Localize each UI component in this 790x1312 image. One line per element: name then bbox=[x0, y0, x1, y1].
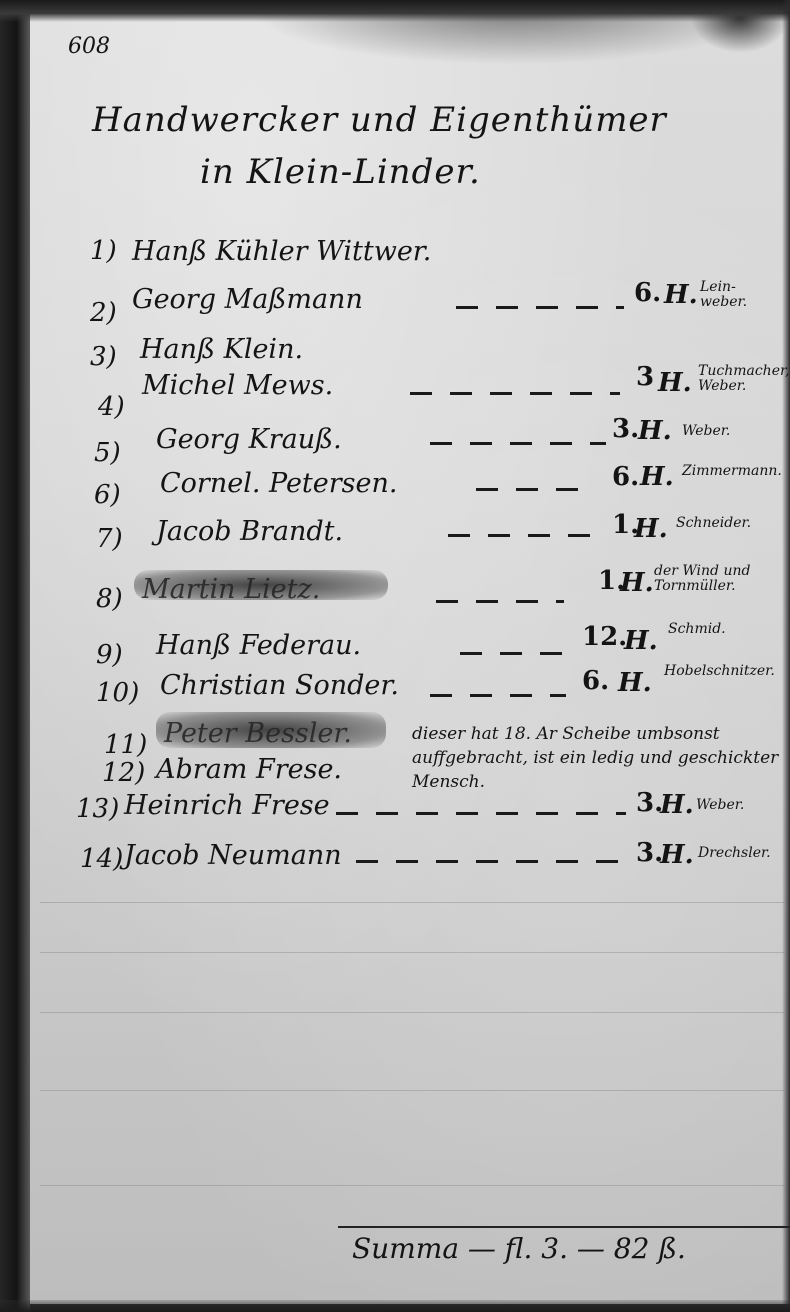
entry-occupation: Schmid. bbox=[668, 622, 768, 637]
fill-dashes bbox=[448, 534, 596, 537]
entry-name: Georg Maßmann bbox=[132, 284, 363, 315]
ruled-line bbox=[40, 1090, 785, 1091]
ruled-line bbox=[40, 902, 785, 903]
fill-dashes bbox=[356, 860, 626, 863]
entry-name: Christian Sonder. bbox=[160, 670, 399, 701]
entry-number: 2) bbox=[90, 298, 117, 328]
entry-number: 6) bbox=[94, 480, 121, 510]
entry-quantity: 3. bbox=[612, 414, 639, 444]
entry-row: 1) Hanß Kühler Wittwer. bbox=[0, 236, 790, 276]
entry-name: Abram Frese. bbox=[156, 754, 342, 785]
entry-number: 14) bbox=[80, 844, 123, 874]
entry-unit: H. bbox=[618, 668, 652, 698]
scan-edge-top bbox=[0, 0, 790, 22]
entry-unit: H. bbox=[624, 626, 658, 656]
entry-number: 13) bbox=[76, 794, 119, 824]
ruled-line bbox=[40, 1012, 785, 1013]
entry-name: Hanß Kühler Wittwer. bbox=[132, 236, 431, 267]
marginal-note: dieser hat 18. Ar Scheibe umbsonst auffg… bbox=[412, 722, 782, 794]
entry-occupation: der Wind und Tornmüller. bbox=[654, 564, 784, 594]
entry-occupation: Zimmermann. bbox=[682, 464, 782, 479]
entry-occupation: Schneider. bbox=[676, 516, 776, 531]
entry-row: 13) Heinrich Frese 3. H. Weber. bbox=[0, 790, 790, 830]
entry-number: 9) bbox=[96, 640, 123, 670]
scan-edge-bottom bbox=[0, 1300, 790, 1312]
strike-through-smudge bbox=[134, 570, 388, 600]
entry-unit: H. bbox=[620, 568, 654, 598]
entry-number: 12) bbox=[102, 758, 145, 788]
manuscript-scan: 608 Handwercker und Eigenthümer in Klein… bbox=[0, 0, 790, 1312]
fill-dashes bbox=[476, 488, 596, 491]
entry-row: 10) Christian Sonder. 6. H. Hobelschnitz… bbox=[0, 672, 790, 712]
summa-rule bbox=[338, 1226, 790, 1228]
entry-name: Hanß Federau. bbox=[156, 630, 361, 661]
entry-row: 5) Georg Krauß. 3. H. Weber. bbox=[0, 420, 790, 460]
title-line-2: in Klein-Linder. bbox=[200, 152, 481, 192]
entry-quantity: 6. bbox=[634, 278, 661, 308]
entry-row: 4) Michel Mews. 3 H. Tuchmacher, Weber. bbox=[0, 370, 790, 410]
entry-row: 6) Cornel. Petersen. 6. H. Zimmermann. bbox=[0, 466, 790, 506]
entry-quantity: 12. bbox=[582, 622, 627, 652]
entry-row: 2) Georg Maßmann 6. H. Lein-weber. bbox=[0, 284, 790, 324]
ruled-line bbox=[40, 1185, 785, 1186]
entry-number: 1) bbox=[90, 236, 117, 266]
fill-dashes bbox=[460, 652, 562, 655]
entry-number: 10) bbox=[96, 678, 139, 708]
entry-occupation: Weber. bbox=[682, 424, 782, 439]
fill-dashes bbox=[336, 812, 626, 815]
entry-row: 7) Jacob Brandt. 1. H. Schneider. bbox=[0, 512, 790, 552]
entry-number: 5) bbox=[94, 438, 121, 468]
summa-total: Summa — fl. 3. — 82 ß. bbox=[352, 1232, 686, 1265]
entry-quantity: 6. bbox=[582, 666, 609, 696]
entry-occupation: Drechsler. bbox=[698, 846, 790, 861]
entry-unit: H. bbox=[638, 416, 672, 446]
entry-number: 7) bbox=[96, 524, 123, 554]
strike-through-smudge bbox=[156, 712, 386, 748]
entry-unit: H. bbox=[658, 368, 692, 398]
fill-dashes bbox=[436, 600, 564, 603]
entry-unit: H. bbox=[634, 514, 668, 544]
entry-occupation: Weber. bbox=[696, 798, 790, 813]
entry-name: Hanß Klein. bbox=[140, 334, 303, 365]
entry-occupation: Lein-weber. bbox=[700, 280, 780, 310]
entry-unit: H. bbox=[660, 840, 694, 870]
page-number: 608 bbox=[68, 34, 110, 59]
entry-number: 4) bbox=[98, 392, 125, 422]
entry-row: 8) Martin Lietz. 1. H. der Wind und Torn… bbox=[0, 578, 790, 618]
entry-unit: H. bbox=[640, 462, 674, 492]
entry-quantity: 3 bbox=[636, 362, 654, 392]
fill-dashes bbox=[430, 442, 606, 445]
entry-name: Heinrich Frese bbox=[124, 790, 330, 821]
entry-row: 14) Jacob Neumann 3. H. Drechsler. bbox=[0, 838, 790, 878]
entry-name: Jacob Brandt. bbox=[156, 516, 343, 547]
title-line-1: Handwercker und Eigenthümer bbox=[92, 100, 667, 140]
entry-name: Georg Krauß. bbox=[156, 424, 342, 455]
entry-name: Jacob Neumann bbox=[124, 840, 342, 871]
entry-unit: H. bbox=[660, 790, 694, 820]
entry-occupation: Hobelschnitzer. bbox=[664, 664, 784, 679]
fill-dashes bbox=[456, 306, 624, 309]
entry-number: 3) bbox=[90, 342, 117, 372]
entry-unit: H. bbox=[664, 280, 698, 310]
fill-dashes bbox=[410, 392, 620, 395]
fill-dashes bbox=[430, 694, 566, 697]
entry-quantity: 6. bbox=[612, 462, 639, 492]
entry-occupation: Tuchmacher, Weber. bbox=[698, 364, 786, 394]
entry-name: Cornel. Petersen. bbox=[160, 468, 397, 499]
ruled-line bbox=[40, 952, 785, 953]
entry-name: Michel Mews. bbox=[142, 370, 333, 401]
entry-number: 8) bbox=[96, 584, 123, 614]
